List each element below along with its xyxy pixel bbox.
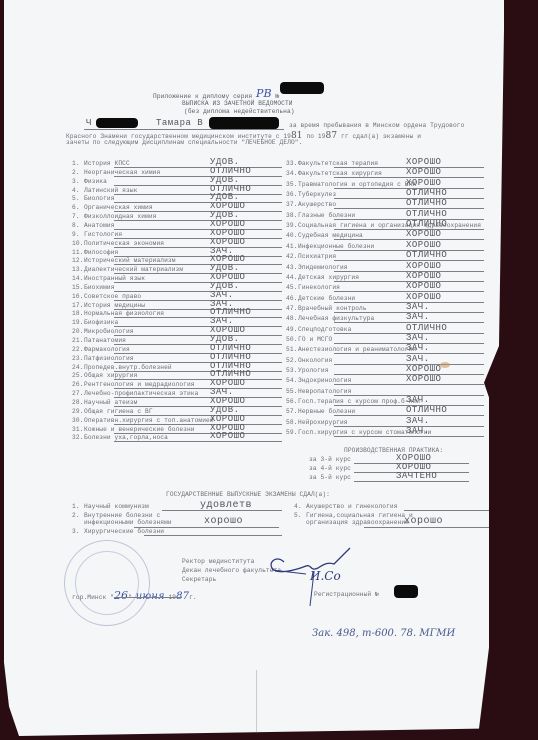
subject-number: 16. [72, 293, 83, 300]
subject-name: Диалектический материализм [84, 266, 183, 273]
subject-number: 45. [286, 284, 297, 291]
subject-number: 55. [286, 388, 297, 395]
subject-grade: ХОРОШО [406, 240, 441, 250]
subject-grade: ХОРОШО [406, 167, 441, 177]
subject-grade: ЗАЧ. [406, 343, 430, 353]
subject-number: 26. [72, 381, 83, 388]
redacted-patronymic [209, 117, 279, 129]
subject-name: Органическая химия [84, 204, 153, 211]
subject-name: Физика [84, 178, 107, 185]
subject-underline [114, 185, 282, 186]
redacted-registration-number [394, 585, 418, 598]
document-page: Приложение к диплому серия РВ № ВЫПИСКА … [4, 0, 504, 736]
subject-number: 6. [72, 204, 80, 211]
subject-number: 31. [72, 426, 83, 433]
subject-name: Детская хирургия [298, 274, 359, 281]
subject-name: История медицины [84, 302, 145, 309]
subject-number: 22. [72, 346, 83, 353]
subject-grade: ЗАЧ. [406, 302, 430, 312]
practice-grade: ЗАЧТЕНО [396, 471, 437, 481]
subject-name: Философия [84, 249, 118, 256]
subject-grade: ХОРОШО [406, 261, 441, 271]
subject-number: 3. [72, 178, 80, 185]
exam-name: Хирургические болезни [84, 528, 284, 535]
stain [440, 362, 450, 368]
subject-name: Онкология [298, 357, 332, 364]
subject-name: Патанатомия [84, 337, 126, 344]
subject-name: Латинский язык [84, 187, 137, 194]
subject-name: Врачебный контроль [298, 305, 367, 312]
subject-grade: ХОРОШО [406, 178, 441, 188]
subject-name: Нервные болезни [298, 408, 355, 415]
subject-number: 18. [72, 310, 83, 317]
exam-name: Акушерство и гинекология [306, 503, 506, 510]
subject-name: Биохимия [84, 284, 115, 291]
footer-handwritten-note: Зак. 498, т-600. 78. МГМИ [312, 628, 455, 639]
subject-name: Иностранный язык [84, 275, 145, 282]
student-name-underline [84, 129, 284, 130]
subject-name: Гинекология [298, 284, 340, 291]
subject-name: Урология [298, 367, 329, 374]
subject-name: Инфекционные болезни [298, 243, 374, 250]
number-sign: № [275, 93, 279, 100]
subject-name: Акушерство [298, 201, 336, 208]
subject-name: Эпидемиология [298, 264, 348, 271]
exam-number: 5. [294, 512, 302, 519]
subject-number: 58. [286, 419, 297, 426]
text-to: по 19 [306, 133, 325, 140]
subject-number: 29. [72, 408, 83, 415]
subject-grade: ЗАЧ. [406, 426, 430, 436]
subject-underline [114, 433, 282, 434]
subject-number: 34. [286, 170, 297, 177]
subject-number: 8. [72, 222, 80, 229]
subject-name: Факультетская хирургия [298, 170, 382, 177]
subject-underline [114, 238, 282, 239]
subject-grade: ХОРОШО [406, 281, 441, 291]
secretary-label: Секретарь [182, 576, 216, 583]
subject-name: Болезни уха,горла,носа [84, 434, 168, 441]
subject-underline [114, 202, 282, 203]
subject-grade: ЗАЧ. [406, 333, 430, 343]
subject-number: 9. [72, 231, 80, 238]
subject-name: Невропатология [298, 388, 351, 395]
city-label: гор.Минск " [72, 594, 114, 601]
subject-underline [114, 291, 282, 292]
subject-name: Научный атеизм [84, 399, 137, 406]
subject-grade: ОТЛИЧНО [406, 250, 447, 260]
state-exams-title: ГОСУДАРСТВЕННЫЕ ВЫПУСКНЫЕ ЭКЗАМЕНЫ СДАЛ(… [166, 491, 330, 498]
subject-name: Спецподготовка [298, 326, 351, 333]
subject-grade: ЗАЧ. [406, 312, 430, 322]
subject-number: 27. [72, 390, 83, 397]
subject-number: 44. [286, 274, 297, 281]
subject-number: 57. [286, 408, 297, 415]
subject-underline [114, 441, 282, 442]
subject-number: 5. [72, 195, 80, 202]
subject-number: 17. [72, 302, 83, 309]
subject-grade: ЗАЧ. [406, 395, 430, 405]
subject-grade: ХОРОШО [406, 271, 441, 281]
subject-name: История КПСС [84, 160, 130, 167]
subject-number: 23. [72, 355, 83, 362]
svg-text:И.Со: И.Со [309, 569, 341, 583]
subject-number: 11. [72, 249, 83, 256]
exam-grade: хорошо [204, 516, 243, 527]
subject-grade: ОТЛИЧНО [406, 405, 447, 415]
document-subtitle: (без диплома недействительна) [184, 108, 295, 115]
subject-grade: ОТЛИЧНО [406, 209, 447, 219]
appendix-label: Приложение к диплому серия [153, 93, 252, 100]
redacted-diploma-number [280, 82, 324, 94]
subject-name: Патфизиология [84, 355, 134, 362]
subject-number: 41. [286, 243, 297, 250]
subject-name: Советское право [84, 293, 141, 300]
subject-grade: ОТЛИЧНО [406, 188, 447, 198]
subject-number: 14. [72, 275, 83, 282]
subject-name: Рентгенология и медрадиология [84, 381, 195, 388]
exam-underline [404, 510, 494, 511]
subject-underline [114, 326, 282, 327]
institute-seal [64, 540, 150, 626]
exam-name: Внутренние болезни с инфекционными болез… [84, 512, 180, 526]
subject-underline [114, 379, 282, 380]
subject-number: 10. [72, 240, 83, 247]
subject-name: Лечебная физкультура [298, 315, 374, 322]
date-day: 26 [114, 589, 128, 602]
subject-number: 49. [286, 326, 297, 333]
subject-underline [114, 317, 282, 318]
subject-grade: ХОРОШО [406, 229, 441, 239]
subject-number: 48. [286, 315, 297, 322]
subject-number: 43. [286, 264, 297, 271]
exam-underline [364, 527, 494, 528]
subject-underline [114, 229, 282, 230]
subject-underline [114, 406, 282, 407]
subject-underline [114, 220, 282, 221]
subject-name: Неорганическая химия [84, 169, 160, 176]
date-year-end: г. [189, 594, 197, 601]
subject-underline [114, 344, 282, 345]
document-title: ВЫПИСКА ИЗ ЗАЧЕТНОЙ ВЕДОМОСТИ [182, 100, 293, 107]
subject-underline [114, 309, 282, 310]
subject-name: Травматология и ортопедия с ВПХ [298, 181, 416, 188]
subject-underline [114, 273, 282, 274]
subject-underline [114, 211, 282, 212]
subject-name: Биология [84, 195, 115, 202]
subject-name: Психиатрия [298, 253, 336, 260]
subject-number: 13. [72, 266, 83, 273]
exam-underline [144, 535, 282, 536]
subject-grade: ХОРОШО [406, 157, 441, 167]
subject-name: Гистология [84, 231, 122, 238]
subject-number: 59. [286, 429, 297, 436]
text-passed: гг сдал(а) экзамены и [341, 133, 421, 140]
year-to: 87 [326, 131, 338, 141]
practice-label: за 5-й курс [309, 474, 351, 481]
student-name: Тамара В [156, 118, 203, 128]
subject-number: 42. [286, 253, 297, 260]
exam-number: 1. [72, 503, 80, 510]
practice-underline [354, 481, 469, 482]
student-text-line3: зачеты по следующим дисциплинам специаль… [66, 139, 302, 146]
subject-number: 53. [286, 367, 297, 374]
redacted-surname [96, 118, 138, 128]
subject-underline [114, 300, 282, 301]
rector-label: Ректор мединститута [182, 558, 254, 565]
subject-underline [114, 371, 282, 372]
subject-number: 50. [286, 336, 297, 343]
subject-name: Социальная гигиена и организация здравоо… [298, 222, 481, 229]
subject-name: Госп.терапия с курсом проф.б-ней [298, 398, 420, 405]
subject-grade: ЗАЧ. [406, 416, 430, 426]
subject-name: Пропедев.внутр.болезней [84, 364, 172, 371]
subject-name: ГО и МСГО [298, 336, 332, 343]
subject-name: Оперативн.хирургия с топ.анатомией [84, 417, 214, 424]
subject-number: 47. [286, 305, 297, 312]
subject-name: Общая гигиена с ВГ [84, 408, 153, 415]
subject-number: 51. [286, 346, 297, 353]
subject-number: 21. [72, 337, 83, 344]
subject-underline [334, 384, 484, 385]
exam-name: Научный коммунизм [84, 503, 284, 510]
date-line: гор.Минск "26" июня 1987г. [72, 589, 197, 602]
subject-name: Политическая экономия [84, 240, 164, 247]
subject-underline [114, 256, 282, 257]
subject-underline [114, 397, 282, 398]
subject-grade: ХОРОШО [210, 431, 245, 441]
subject-name: Кожные и венерические болезни [84, 426, 195, 433]
subject-number: 20. [72, 328, 83, 335]
subject-number: 52. [286, 357, 297, 364]
subject-number: 4. [72, 187, 80, 194]
diploma-series: РВ [256, 87, 272, 100]
subject-grade: ОТЛИЧНО [406, 323, 447, 333]
subject-number: 12. [72, 257, 83, 264]
subject-name: Исторический материализм [84, 257, 176, 264]
subject-number: 15. [72, 284, 83, 291]
subject-name: Биофизика [84, 319, 118, 326]
subject-grade: ХОРОШО [406, 374, 441, 384]
subject-number: 46. [286, 295, 297, 302]
subject-number: 24. [72, 364, 83, 371]
subject-number: 7. [72, 213, 80, 220]
subject-name: Нейрохирургия [298, 419, 348, 426]
subject-number: 25. [72, 372, 83, 379]
subject-underline [114, 176, 282, 177]
subject-name: Детские болезни [298, 295, 355, 302]
student-surname: Ч [86, 118, 92, 128]
subject-number: 1. [72, 160, 80, 167]
subject-underline [114, 264, 282, 265]
rector-signature: И.Со [266, 540, 356, 610]
subject-underline [114, 353, 282, 354]
subject-name: Микробиология [84, 328, 134, 335]
exam-grade: хорошо [404, 516, 443, 527]
subject-underline [334, 436, 484, 437]
subject-name: Эндокринология [298, 377, 351, 384]
student-text-line1: за время пребывания в Минском ордена Тру… [289, 122, 464, 129]
subject-number: 40. [286, 232, 297, 239]
subject-underline [114, 415, 282, 416]
exam-number: 2. [72, 512, 80, 519]
subject-name: Факультетская терапия [298, 160, 378, 167]
subject-name: Судебная медицина [298, 232, 363, 239]
subject-number: 35. [286, 181, 297, 188]
subject-grade: ХОРОШО [406, 364, 441, 374]
subject-number: 28. [72, 399, 83, 406]
exam-grade: удовлетв [200, 500, 252, 511]
subject-grade: ЗАЧ. [406, 354, 430, 364]
date-underline [114, 597, 182, 598]
practice-label: за 4-й курс [309, 465, 351, 472]
subject-underline [114, 362, 282, 363]
subject-underline [114, 247, 282, 248]
subject-underline [114, 194, 282, 195]
subject-number: 37. [286, 201, 297, 208]
subject-number: 30. [72, 417, 83, 424]
subject-underline [114, 424, 282, 425]
subject-underline [114, 167, 282, 168]
subject-name: Лечебно-профилактическая этика [84, 390, 198, 397]
subject-underline [114, 388, 282, 389]
subject-name: Фармакология [84, 346, 130, 353]
subject-number: 38. [286, 212, 297, 219]
subject-name: Анестезиология и реаниматология [298, 346, 416, 353]
subject-grade: ОТЛИЧНО [406, 198, 447, 208]
subject-grade: ХОРОШО [406, 292, 441, 302]
subject-number: 56. [286, 398, 297, 405]
subject-name: Глазные болезни [298, 212, 355, 219]
subject-grade: ОТЛИЧНО [406, 219, 447, 229]
subject-name: Нормальная физиология [84, 310, 164, 317]
subject-number: 36. [286, 191, 297, 198]
subject-number: 32. [72, 434, 83, 441]
subject-number: 54. [286, 377, 297, 384]
subject-underline [114, 282, 282, 283]
subject-name: Общая хирургия [84, 372, 137, 379]
subject-number: 2. [72, 169, 80, 176]
subject-number: 39. [286, 222, 297, 229]
subject-name: Туберкулез [298, 191, 336, 198]
registration-label: Регистрационный № [314, 591, 379, 598]
subject-name: Физколлоидная химия [84, 213, 156, 220]
exam-number: 3. [72, 528, 80, 535]
subject-name: Анатомия [84, 222, 115, 229]
subject-number: 19. [72, 319, 83, 326]
exam-number: 4. [294, 503, 302, 510]
subject-number: 33. [286, 160, 297, 167]
subject-underline [114, 335, 282, 336]
practice-label: за 3-й курс [309, 456, 351, 463]
